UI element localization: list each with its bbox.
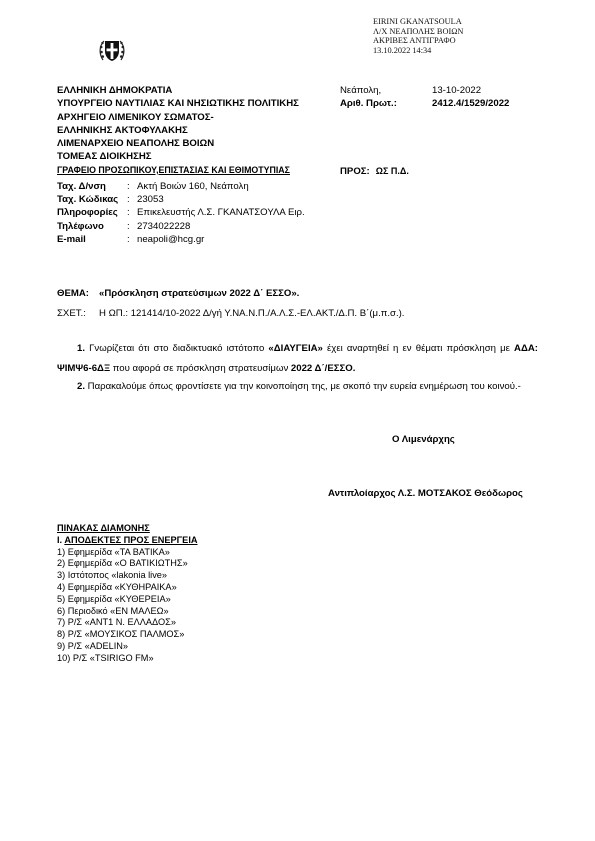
contact-row: Τηλέφωνο:2734022228 bbox=[57, 220, 305, 233]
list-item: 1) Εφημερίδα «ΤΑ ΒΑΤΙΚΑ» bbox=[57, 547, 198, 559]
list-item: 7) Ρ/Σ «ΑΝΤ1 Ν. ΕΛΛΑΔΟΣ» bbox=[57, 617, 198, 629]
contact-row: Ταχ. Κώδικας:23053 bbox=[57, 193, 305, 206]
contact-value: 23053 bbox=[137, 193, 164, 206]
contact-value: 2734022228 bbox=[137, 220, 190, 233]
distribution-section: Ι. ΑΠΟΔΕΚΤΕΣ ΠΡΟΣ ΕΝΕΡΓΕΙΑ bbox=[57, 535, 198, 547]
contact-label: Τηλέφωνο bbox=[57, 220, 127, 233]
contact-value: Ακτή Βοιών 160, Νεάπολη bbox=[137, 180, 249, 193]
subject-value: «Πρόσκληση στρατεύσιμων 2022 Δ΄ ΕΣΣΟ». bbox=[99, 288, 299, 299]
protocol-number: 2412.4/1529/2022 bbox=[432, 97, 509, 110]
contact-email[interactable]: neapoli@hcg.gr bbox=[137, 233, 204, 246]
list-item: 8) Ρ/Σ «ΜΟΥΣΙΚΟΣ ΠΑΛΜΟΣ» bbox=[57, 629, 198, 641]
contact-row: Ταχ. Δ/νση:Ακτή Βοιών 160, Νεάπολη bbox=[57, 180, 305, 193]
list-item: 2) Εφημερίδα «Ο ΒΑΤΙΚΙΩΤΗΣ» bbox=[57, 558, 198, 570]
list-item: 3) Ιστότοπος «lakonia live» bbox=[57, 570, 198, 582]
reference-label: ΣΧΕΤ.: bbox=[57, 308, 99, 319]
stamp-line: ΑΚΡΙΒΕΣ ΑΝΤΙΓΡΑΦΟ bbox=[373, 36, 463, 46]
header-line: ΤΟΜΕΑΣ ΔΙΟΙΚΗΣΗΣ bbox=[57, 150, 299, 163]
authority-header: ΕΛΛΗΝΙΚΗ ΔΗΜΟΚΡΑΤΙΑ ΥΠΟΥΡΓΕΙΟ ΝΑΥΤΙΛΙΑΣ … bbox=[57, 84, 299, 177]
reference-line: ΣΧΕΤ.: Η ΩΠ.: 121414/10-2022 Δ/γή Υ.ΝΑ.Ν… bbox=[57, 308, 404, 319]
document-date: 13-10-2022 bbox=[432, 84, 481, 97]
stamp-line: 13.10.2022 14:34 bbox=[373, 46, 463, 56]
stamp-line: EIRINI GKANATSOULA bbox=[373, 17, 463, 27]
paragraph-number: 1. bbox=[77, 343, 85, 354]
contact-row: Πληροφορίες:Επικελευστής Λ.Σ. ΓΚΑΝΑΤΣΟΥΛ… bbox=[57, 206, 305, 219]
header-line: ΕΛΛΗΝΙΚΗ ΔΗΜΟΚΡΑΤΙΑ bbox=[57, 84, 299, 97]
distribution-title: ΠΙΝΑΚΑΣ ΔΙΑΜΟΝΗΣ bbox=[57, 523, 198, 535]
header-line: ΕΛΛΗΝΙΚΗΣ ΑΚΤΟΦΥΛΑΚΗΣ bbox=[57, 124, 299, 137]
header-line: ΛΙΜΕΝΑΡΧΕΙΟ ΝΕΑΠΟΛΗΣ ΒΟΙΩΝ bbox=[57, 137, 299, 150]
digital-signature-stamp: EIRINI GKANATSOULA Λ/Χ ΝΕΑΠΟΛΗΣ ΒΟΙΩΝ ΑΚ… bbox=[373, 17, 463, 55]
subject-line: ΘΕΜΑ: «Πρόσκληση στρατεύσιμων 2022 Δ΄ ΕΣ… bbox=[57, 288, 299, 299]
signatory-name: Αντιπλοίαρχος Λ.Σ. ΜΟΤΣΑΚΟΣ Θεόδωρος bbox=[328, 488, 523, 499]
header-line: ΑΡΧΗΓΕΙΟ ΛΙΜΕΝΙΚΟΥ ΣΩΜΑΤΟΣ- bbox=[57, 111, 299, 124]
list-item: 6) Περιοδικό «ΕΝ ΜΑΛΕΩ» bbox=[57, 606, 198, 618]
recipient: ΠΡΟΣ:ΩΣ Π.Δ. bbox=[340, 166, 409, 177]
contact-label: E-mail bbox=[57, 233, 127, 246]
paragraph-number: 2. bbox=[77, 381, 85, 392]
list-item: 9) Ρ/Σ «ADELIN» bbox=[57, 641, 198, 653]
recipient-label: ΠΡΟΣ: bbox=[340, 166, 370, 177]
diavgeia-name: «ΔΙΑΥΓΕΙΑ» bbox=[268, 343, 322, 354]
contact-block: Ταχ. Δ/νση:Ακτή Βοιών 160, Νεάπολη Ταχ. … bbox=[57, 180, 305, 246]
protocol-label: Αριθ. Πρωτ.: bbox=[340, 97, 432, 110]
contact-label: Ταχ. Κώδικας bbox=[57, 193, 127, 206]
contact-label: Ταχ. Δ/νση bbox=[57, 180, 127, 193]
document-meta: Νεάπολη, 13-10-2022 Αριθ. Πρωτ.: 2412.4/… bbox=[340, 84, 509, 111]
place-label: Νεάπολη, bbox=[340, 84, 432, 97]
recipient-value: ΩΣ Π.Δ. bbox=[376, 166, 409, 176]
header-line: ΥΠΟΥΡΓΕΙΟ ΝΑΥΤΙΛΙΑΣ ΚΑΙ ΝΗΣΙΩΤΙΚΗΣ ΠΟΛΙΤ… bbox=[57, 97, 299, 110]
paragraph-2: 2. Παρακαλούμε όπως φροντίσετε για την κ… bbox=[57, 377, 538, 397]
stamp-line: Λ/Χ ΝΕΑΠΟΛΗΣ ΒΟΙΩΝ bbox=[373, 27, 463, 37]
contact-value: Επικελευστής Λ.Σ. ΓΚΑΝΑΤΣΟΥΛΑ Ειρ. bbox=[137, 206, 305, 219]
list-item: 10) Ρ/Σ «TSIRIGO FM» bbox=[57, 653, 198, 665]
signature-title: Ο Λιμενάρχης bbox=[392, 434, 455, 445]
list-item: 5) Εφημερίδα «ΚΥΘΕΡΕΙΑ» bbox=[57, 594, 198, 606]
contact-label: Πληροφορίες bbox=[57, 206, 127, 219]
contact-row: E-mail:neapoli@hcg.gr bbox=[57, 233, 305, 246]
list-item: 4) Εφημερίδα «ΚΥΘΗΡΑΙΚΑ» bbox=[57, 582, 198, 594]
distribution-list: ΠΙΝΑΚΑΣ ΔΙΑΜΟΝΗΣ Ι. ΑΠΟΔΕΚΤΕΣ ΠΡΟΣ ΕΝΕΡΓ… bbox=[57, 523, 198, 665]
paragraph-1: 1. Γνωρίζεται ότι στο διαδικτυακό ιστότο… bbox=[57, 339, 538, 379]
reference-value: Η ΩΠ.: 121414/10-2022 Δ/γή Υ.ΝΑ.Ν.Π./Α.Λ… bbox=[99, 308, 404, 319]
subject-label: ΘΕΜΑ: bbox=[57, 288, 99, 299]
office-name: ΓΡΑΦΕΙΟ ΠΡΟΣΩΠΙΚΟΥ,ΕΠΙΣΤΑΣΙΑΣ ΚΑΙ ΕΘΙΜΟΤ… bbox=[57, 164, 299, 177]
greek-coat-of-arms-icon bbox=[97, 36, 127, 66]
